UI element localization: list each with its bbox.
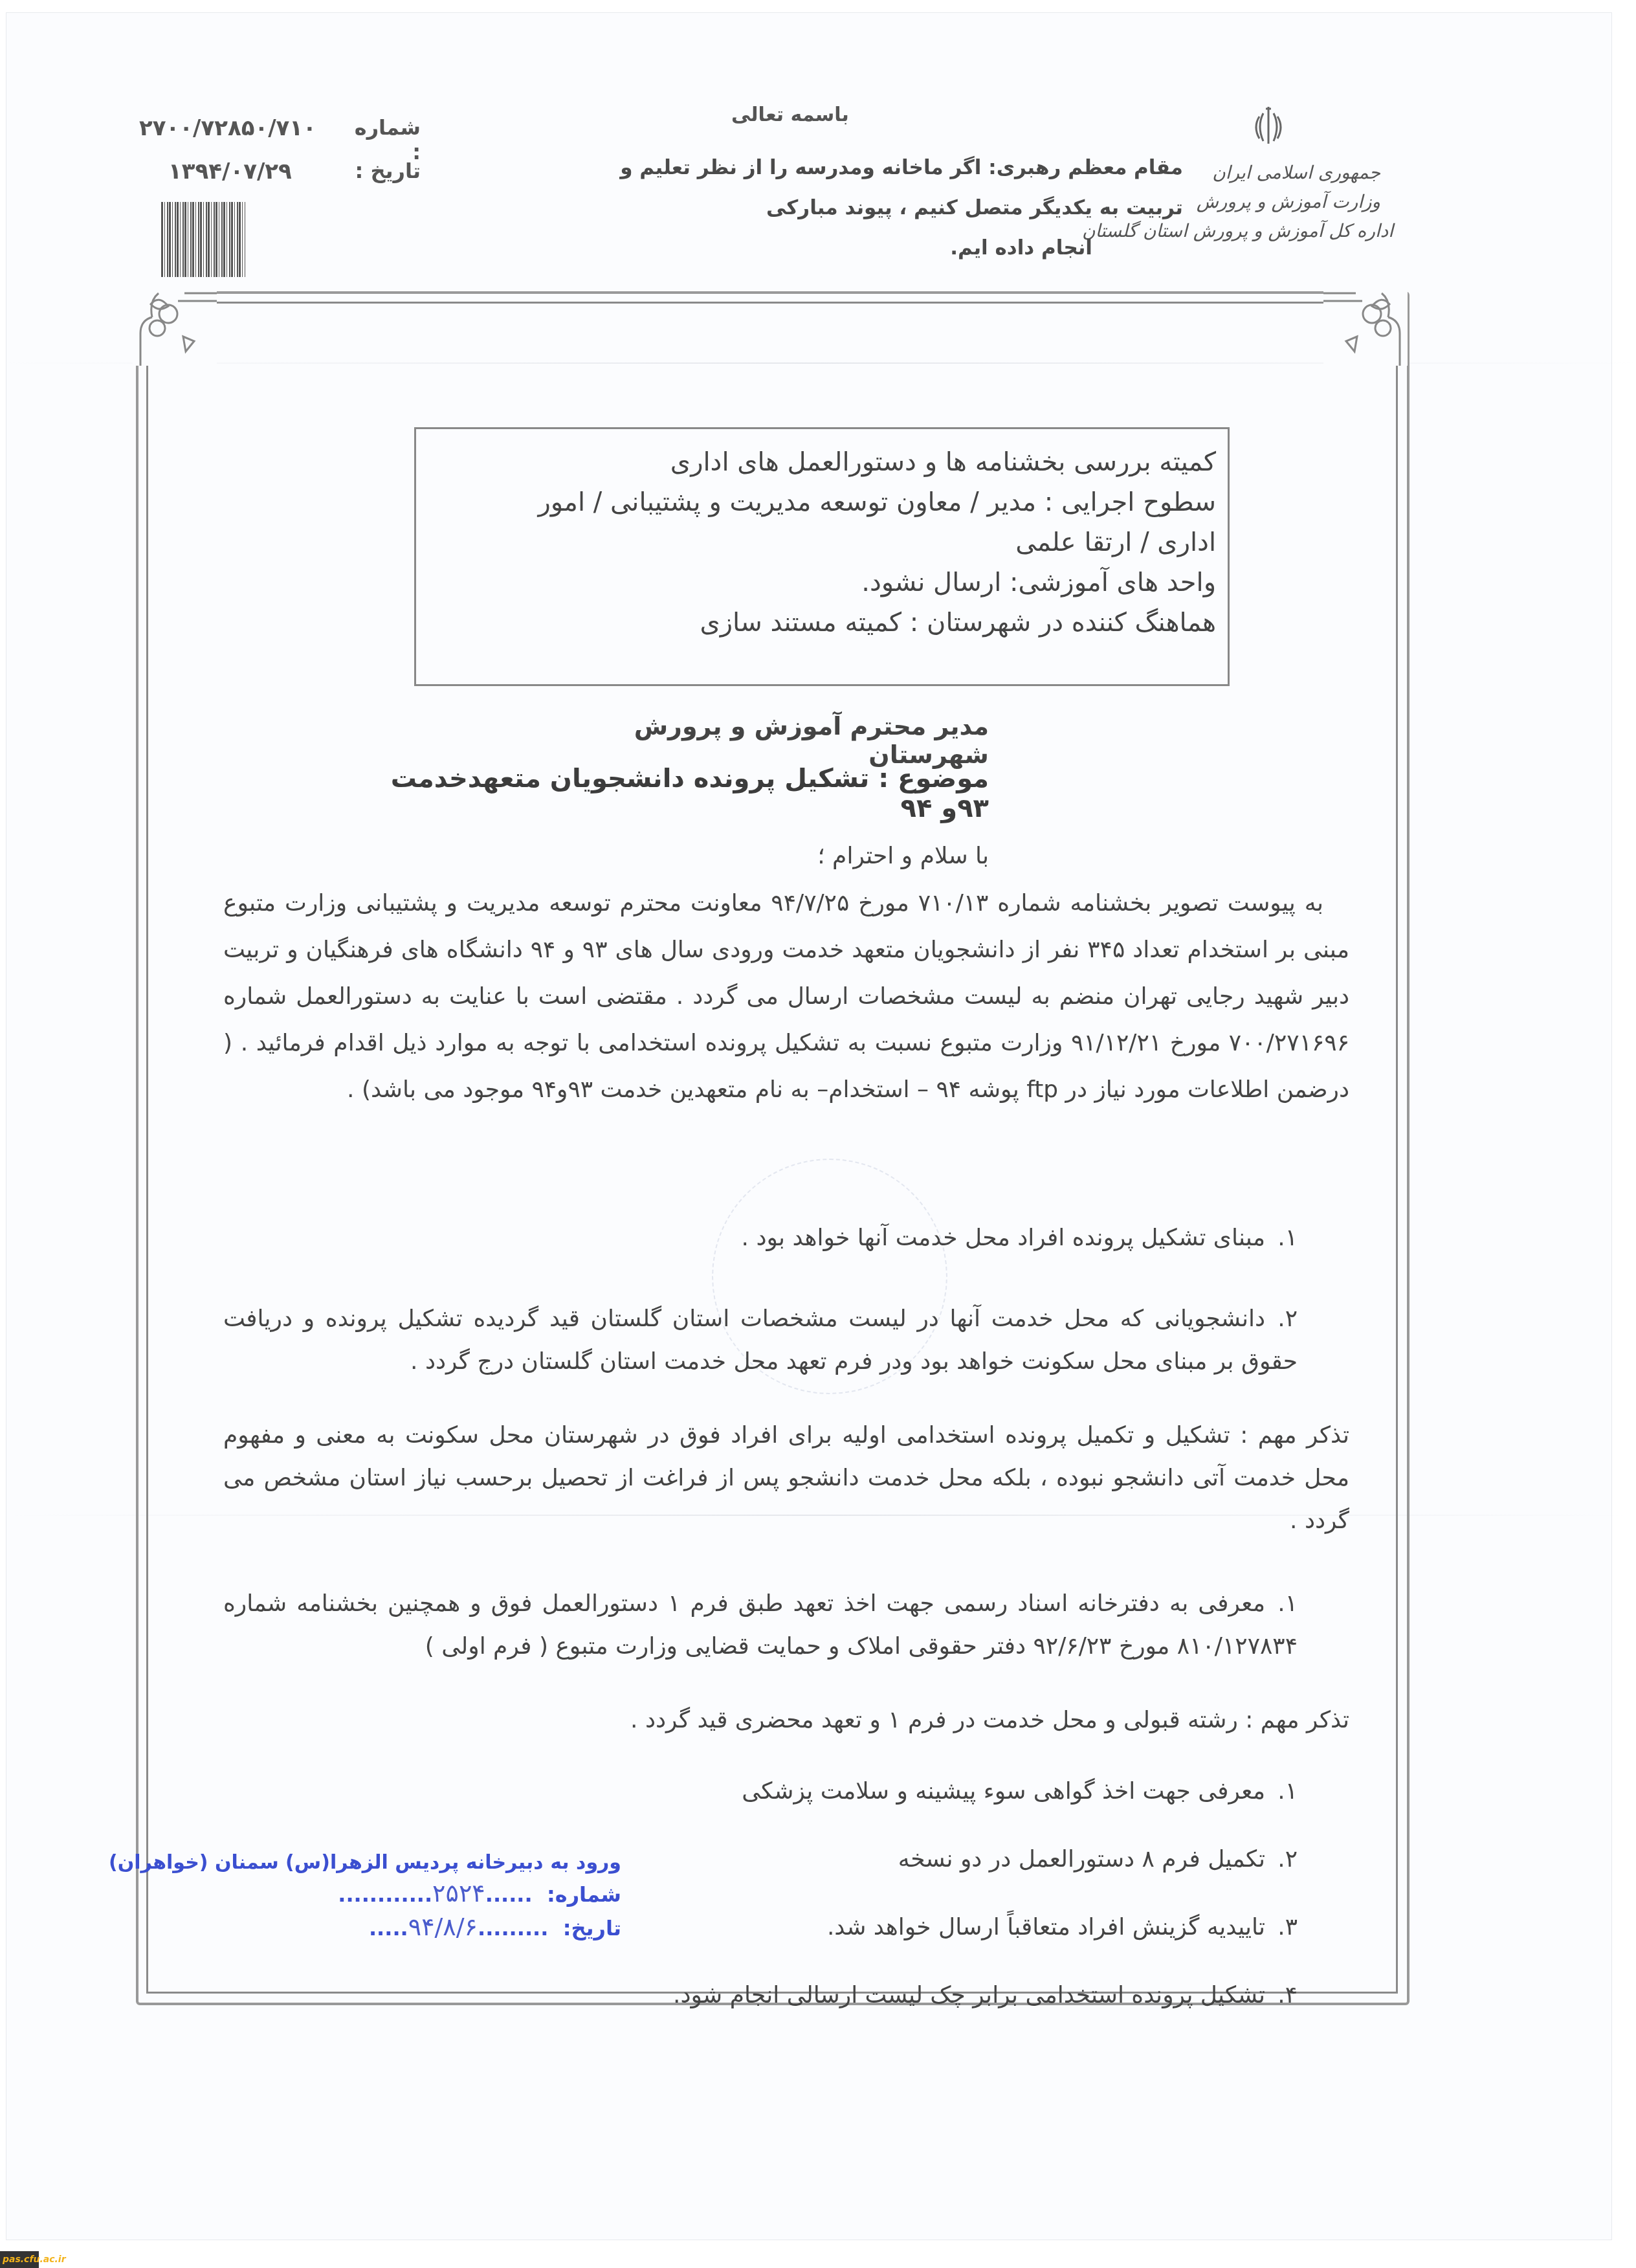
leader-quote: مقام معظم رهبری: اگر ماخانه ومدرسه را از… [601,148,1183,268]
distribution-box: کمیته بررسی بخشنامه ها و دستورالعمل های … [414,427,1230,686]
list-item: ۱.معرفی جهت اخذ گواهی سوء پیشینه و سلامت… [223,1770,1298,1813]
list-item: ۲.دانشجویانی که محل خدمت آنها در لیست مش… [223,1298,1298,1383]
number-label: شماره : [349,115,421,164]
distribution-line: سطوح اجرایی : مدیر / معاون توسعه مدیریت … [428,482,1216,522]
important-note: تذکر مهم : رشته قبولی و محل خدمت در فرم … [223,1699,1349,1742]
barcode-icon [161,202,245,277]
org-country: جمهوری اسلامی ایران [1212,162,1380,183]
org-ministry: وزارت آموزش و پرورش [1197,191,1380,212]
important-note: تذکر مهم : تشکیل و تکمیل پرونده استخدامی… [223,1414,1349,1542]
list-item: ۱.مبنای تشکیل پرونده افراد محل خدمت آنها… [223,1217,1298,1260]
stamp-number: ۲۵۲۴ [432,1879,485,1907]
greeting: با سلام و احترام ؛ [601,835,989,878]
registration-stamp: ورود به دبیرخانه پردیس الزهرا(س) سمنان (… [259,1851,621,1941]
ornament-corner-icon [133,288,217,366]
distribution-line: کمیته بررسی بخشنامه ها و دستورالعمل های … [428,442,1216,482]
site-watermark: pas.cfu.ac.ir [0,2251,39,2268]
intro-paragraph: به پیوست تصویر بخشنامه شماره ۷۱۰/۱۳ مورخ… [223,880,1349,1113]
distribution-line: اداری / ارتقا علمی [428,522,1216,562]
iran-emblem-icon [1249,104,1288,149]
bismillah: باسمه تعالی [731,104,849,126]
subject-line: موضوع : تشکیل پرونده دانشجویان متعهدخدمت… [342,764,989,823]
stamp-number-label: شماره: [547,1882,621,1907]
letter-date: ۱۳۹۴/۰۷/۲۹ [168,159,292,184]
distribution-line: واحد های آموزشی: ارسال نشود. [428,562,1216,603]
stamp-title: ورود به دبیرخانه پردیس الزهرا(س) سمنان (… [259,1851,621,1874]
ornament-corner-icon [1323,288,1408,366]
stamp-date-label: تاریخ: [563,1916,621,1940]
list-item: ۴.تشکیل پرونده استخدامی برابر چک لیست ار… [223,1974,1298,2017]
stamp-date-row: تاریخ: .........۹۴/۸/۶..... [259,1913,621,1941]
distribution-line: هماهنگ کننده در شهرستان : کمیته مستند سا… [428,603,1216,643]
stamp-number-row: شماره: ......۲۵۲۴............ [259,1879,621,1907]
addressee: مدیر محترم آموزش و پرورش شهرستان [536,712,989,769]
stamp-date: ۹۴/۸/۶ [408,1913,478,1941]
date-label: تاریخ : [349,159,421,183]
leader-quote-line2: انجام داده ایم. [601,228,1183,268]
letter-number: ۲۷۰۰/۷۲۸۵۰/۷۱۰ [139,115,316,141]
list-item: ۱.معرفی به دفترخانه اسناد رسمی جهت اخذ ت… [223,1583,1298,1668]
leader-quote-line1: مقام معظم رهبری: اگر ماخانه ومدرسه را از… [601,148,1183,228]
